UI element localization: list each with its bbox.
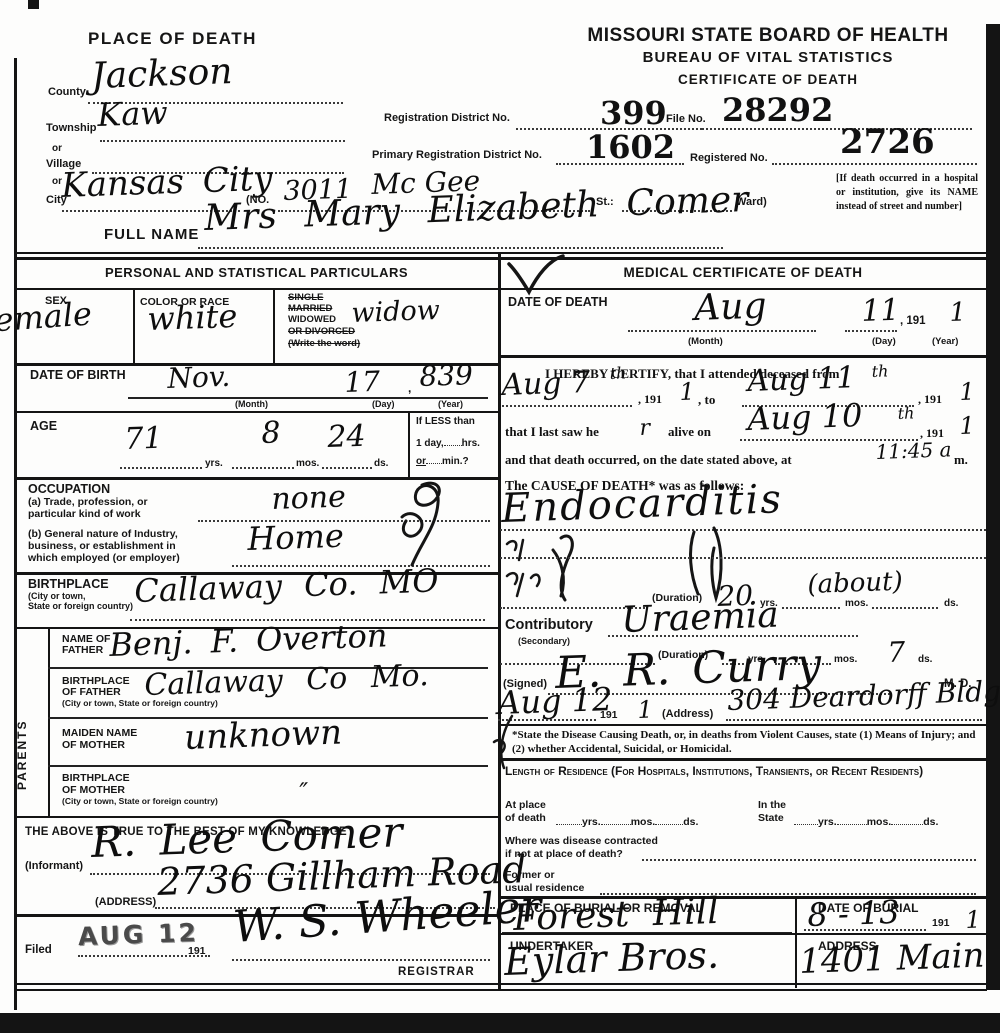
from-year-value: 1 — [679, 377, 695, 406]
blank-line — [655, 813, 683, 825]
at-place-label-2: of death — [505, 813, 546, 825]
primary-registration-label: Primary Registration District No. — [372, 149, 542, 161]
father-birthplace-label-2: OF FATHER — [62, 687, 121, 699]
mother-maiden-label-2: OF MOTHER — [62, 740, 125, 752]
divider — [15, 411, 498, 413]
if-less-label: If LESS than — [416, 416, 475, 427]
township-value: Kaw — [97, 94, 169, 134]
from-year-printed: , 191 — [638, 392, 662, 406]
registration-district-label: Registration District No. — [384, 112, 510, 124]
dotted-line — [726, 718, 982, 721]
contrib-duration-ds-value: 7 — [887, 635, 906, 669]
burial-year-value: 1 — [965, 905, 981, 934]
birthplace-value: Callaway Co. MO — [134, 561, 440, 610]
dotted-line — [772, 162, 977, 165]
age-ds-label: ds. — [374, 458, 388, 469]
father-name-value: Benj. F. Overton — [109, 616, 388, 664]
attended-to-sup: th — [871, 361, 888, 381]
pen-scribble — [382, 477, 450, 571]
death-year-value: 1 — [949, 297, 967, 328]
blank-line — [444, 434, 462, 446]
mos-label: mos. — [631, 816, 656, 828]
primary-registration-value: 1602 — [586, 128, 675, 166]
rule-line — [128, 396, 488, 399]
alive-on-text: alive on — [668, 424, 711, 440]
m-label: m. — [954, 453, 968, 468]
county-label: County — [48, 86, 86, 98]
marital-divorced-label: OR DIVORCED — [288, 327, 355, 337]
death-time-value: 11:45 a — [875, 437, 952, 464]
dob-day-value: 17 — [344, 365, 381, 399]
cause-mos-label: mos. — [845, 598, 868, 609]
attended-from-sup: th — [609, 363, 626, 383]
medical-section-title: MEDICAL CERTIFICATE OF DEATH — [500, 266, 986, 281]
place-of-death-title: PLACE OF DEATH — [88, 30, 257, 49]
dotted-line — [872, 606, 938, 609]
contracted-label-1: Where was disease contracted — [505, 836, 658, 848]
board-title: MISSOURI STATE BOARD OF HEALTH — [552, 26, 984, 47]
county-value: Jackson — [91, 51, 234, 97]
dob-month-label: (Month) — [235, 400, 268, 410]
mother-birthplace-label-2: OF MOTHER — [62, 785, 125, 797]
or-label: or — [52, 143, 62, 154]
blank-line — [556, 813, 582, 825]
in-state-label-1: In the — [758, 800, 786, 812]
cell-divider — [795, 896, 797, 988]
age-months-value: 8 — [261, 415, 281, 451]
or-min-label: ormin.? — [416, 452, 469, 467]
attended-from-value: Aug 7 — [501, 365, 591, 403]
her-value: r — [639, 416, 650, 441]
dotted-line — [120, 466, 202, 469]
at-place-label-1: At place — [505, 800, 546, 812]
contrib-ds-label: ds. — [918, 654, 932, 665]
dotted-line — [500, 556, 986, 559]
dob-month-value: Nov. — [167, 360, 231, 395]
blank-line — [426, 452, 442, 464]
or-text: or — [416, 456, 426, 467]
contrib-mos-label: mos. — [834, 654, 857, 665]
parents-label: PARENTS — [16, 660, 29, 790]
dotted-line — [232, 958, 490, 961]
registered-no-value: 2726 — [840, 122, 935, 162]
residence-title: Length of Residence (For Hospitals, Inst… — [505, 764, 977, 779]
occupation-a-value: none — [271, 479, 347, 517]
color-race-value: white — [147, 297, 238, 338]
undertaker-address-value: 1401 Main — [799, 936, 985, 982]
hrs-label: hrs. — [462, 438, 480, 449]
divider — [500, 933, 986, 935]
informant-label: (Informant) — [25, 860, 83, 872]
last-saw-text: that I last saw he — [505, 424, 599, 440]
divider — [15, 252, 987, 254]
in-state-label-2: State — [758, 813, 784, 825]
registrar-label: REGISTRAR — [398, 966, 475, 979]
blank-line — [601, 813, 631, 825]
to-label: , to — [698, 392, 715, 408]
sign-year-value: 1 — [637, 695, 653, 724]
dotted-line — [642, 858, 976, 861]
contributory-label: Contributory — [505, 618, 593, 634]
rule-line — [48, 764, 488, 767]
dob-label: DATE OF BIRTH — [30, 369, 126, 383]
ds-label: ds. — [923, 816, 938, 828]
birthplace-label: BIRTHPLACE — [28, 578, 109, 592]
death-occurred-text: and that death occurred, on the date sta… — [505, 453, 792, 468]
one-day-text: 1 day, — [416, 438, 444, 449]
occupation-label: OCCUPATION — [28, 483, 110, 497]
sign-year-printed: 191 — [600, 710, 618, 722]
occupation-b-label-1: (b) General nature of Industry, — [28, 529, 178, 541]
death-day-label: (Day) — [872, 337, 896, 347]
dotted-line — [100, 139, 345, 142]
death-day-value: 11 — [861, 293, 900, 329]
pen-checkmark — [505, 252, 567, 298]
birthplace-sub-label-2: State or foreign country) — [28, 602, 133, 612]
pen-scribble — [503, 530, 593, 602]
contracted-label-2: if not at place of death? — [505, 849, 623, 861]
marital-married-label: MARRIED — [288, 304, 332, 314]
undertaker-value: Eylar Bros. — [503, 933, 719, 984]
divider — [15, 989, 987, 991]
former-residence-label-1: Former or — [505, 870, 555, 882]
ds-label: ds. — [683, 816, 698, 828]
marital-write-word-label: (Write the word) — [288, 339, 360, 349]
certificate-title: CERTIFICATE OF DEATH — [552, 73, 984, 88]
scan-edge-right — [986, 24, 1000, 990]
sex-value: female — [0, 294, 93, 340]
cause-ds-label: ds. — [944, 598, 958, 609]
filed-date-stamp: AUG 12 — [78, 918, 200, 951]
age-label: AGE — [30, 420, 57, 434]
about-value: (about) — [807, 567, 903, 600]
blank-line — [891, 813, 923, 825]
mother-maiden-value: unknown — [184, 713, 343, 758]
file-no-value: 28292 — [722, 91, 833, 129]
dotted-line — [502, 404, 632, 407]
divider — [500, 758, 986, 761]
age-days-value: 24 — [327, 419, 366, 455]
hospital-note: [If death occurred in a hospital or inst… — [836, 172, 978, 214]
death-month-value: Aug — [694, 286, 768, 329]
age-mos-label: mos. — [296, 458, 319, 469]
full-name-label: FULL NAME — [104, 227, 199, 244]
mother-birthplace-value: ″ — [299, 778, 309, 806]
last-saw-date-value: Aug 10 — [747, 396, 863, 438]
scan-edge-left — [14, 58, 17, 1010]
cell-divider — [48, 627, 50, 817]
divider — [500, 355, 986, 358]
divider — [500, 724, 986, 726]
divider — [15, 288, 498, 290]
dotted-line — [608, 634, 858, 637]
father-name-label-2: FATHER — [62, 645, 103, 657]
to-year-printed: , 191 — [918, 392, 942, 406]
occupation-b-value: Home — [247, 517, 345, 558]
attended-to-value: Aug 11 — [747, 360, 856, 399]
scan-mark — [28, 0, 39, 9]
divider — [15, 983, 987, 985]
to-year-value: 1 — [959, 377, 975, 406]
saw-year-value: 1 — [959, 411, 975, 440]
registration-district-value: 399 — [600, 94, 667, 132]
dob-day-label: (Day) — [372, 400, 395, 410]
occupation-a-label-1: (a) Trade, profession, or — [28, 497, 148, 509]
mos-label: mos. — [867, 816, 892, 828]
mother-birthplace-sub-label: (City or town, State or foreign country) — [62, 797, 218, 806]
divider — [15, 257, 987, 260]
marital-value: widow — [351, 295, 440, 329]
occupation-b-label-3: which employed (or employer) — [28, 553, 180, 565]
township-label: Township — [46, 122, 97, 134]
yrs-label: yrs. — [818, 816, 837, 828]
dob-year-value: 839 — [419, 358, 474, 393]
last-saw-sup: th — [897, 403, 914, 423]
sign-address-label: (Address) — [662, 708, 713, 720]
dob-year-label: (Year) — [438, 400, 463, 410]
dotted-line — [845, 329, 897, 332]
one-day-label: 1 day,hrs. — [416, 434, 480, 449]
scan-edge-bottom — [0, 1013, 1000, 1033]
blank-line — [837, 813, 867, 825]
occupation-b-label-2: business, or establishment in — [28, 541, 176, 553]
in-state-units: yrs.mos.ds. — [794, 813, 938, 829]
secondary-label: (Secondary) — [518, 637, 570, 647]
dotted-line — [804, 928, 926, 931]
marital-widowed-label: WIDOWED — [288, 315, 336, 325]
dotted-line — [322, 466, 372, 469]
dotted-line — [198, 246, 723, 249]
filed-label: Filed — [25, 944, 52, 957]
footnote-text: *State the Disease Causing Death, or, in… — [512, 728, 978, 757]
personal-section-title: PERSONAL AND STATISTICAL PARTICULARS — [15, 266, 498, 280]
father-birthplace-value: Callaway Co Mo. — [144, 658, 429, 703]
mother-maiden-label-1: MAIDEN NAME — [62, 728, 137, 740]
blank-line — [794, 813, 818, 825]
bureau-title: BUREAU OF VITAL STATISTICS — [552, 50, 984, 67]
age-years-value: 71 — [124, 421, 163, 457]
mother-birthplace-label-1: BIRTHPLACE — [62, 773, 130, 785]
filed-year-printed: 191 — [188, 946, 206, 958]
death-year-printed: , 191 — [900, 315, 926, 328]
min-label: min.? — [442, 456, 469, 467]
occupation-a-label-2: particular kind of work — [28, 509, 141, 521]
dob-comma: , — [408, 382, 411, 395]
at-place-units: yrs.mos.ds. — [556, 813, 698, 829]
dotted-line — [782, 606, 840, 609]
cell-divider — [273, 288, 275, 364]
age-yrs-label: yrs. — [205, 458, 223, 469]
file-no-label: File No. — [666, 113, 706, 125]
dotted-line — [232, 466, 294, 469]
marital-single-label: SINGLE — [288, 293, 323, 303]
burial-year-printed: 191 — [932, 918, 950, 930]
yrs-label: yrs. — [582, 816, 601, 828]
cell-divider — [133, 288, 135, 364]
former-residence-label-2: usual residence — [505, 883, 584, 895]
death-month-label: (Month) — [688, 337, 723, 347]
cell-divider — [408, 413, 410, 477]
date-of-death-label: DATE OF DEATH — [508, 296, 608, 310]
informant-address-label: (ADDRESS) — [95, 896, 156, 908]
death-certificate-scan: PLACE OF DEATH County Jackson Township K… — [0, 0, 1000, 1033]
registered-no-label: Registered No. — [690, 152, 768, 164]
dotted-line — [628, 329, 816, 332]
death-year-label: (Year) — [932, 337, 958, 347]
